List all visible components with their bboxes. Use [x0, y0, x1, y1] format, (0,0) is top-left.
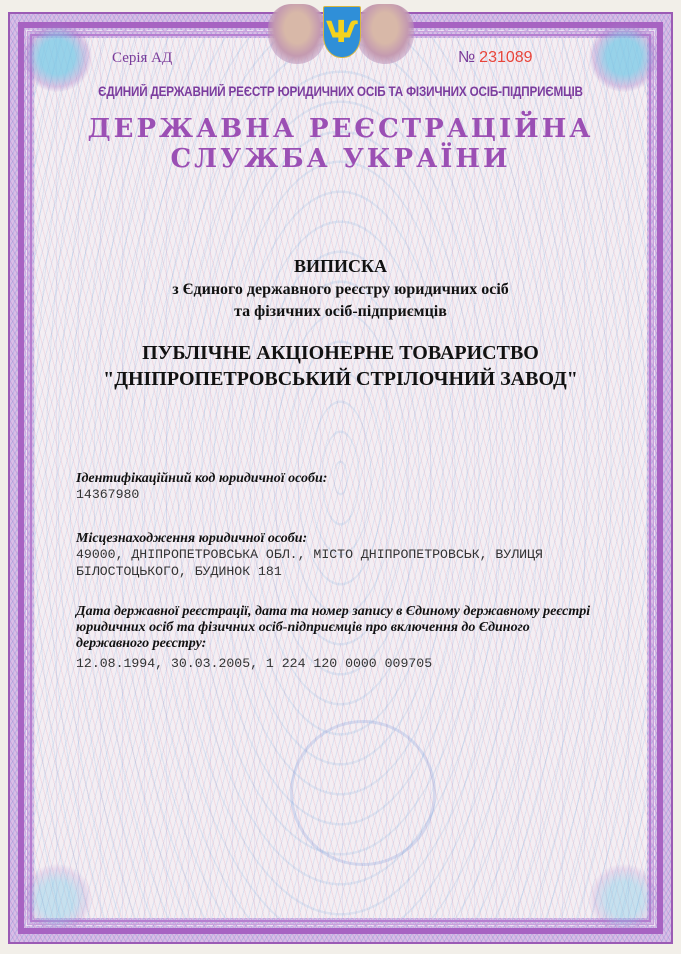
- location-value-line2: БІЛОСТОЦЬКОГО, БУДИНОК 181: [76, 563, 282, 580]
- identification-code-label: Ідентифікаційний код юридичної особи:: [76, 471, 596, 487]
- acanthus-ornament-left-icon: [268, 4, 326, 64]
- watermark-seal: [290, 720, 436, 866]
- trident-shield-icon: Ѱ: [323, 6, 361, 58]
- agency-name-line1: ДЕРЖАВНА РЕЄСТРАЦІЙНА: [0, 114, 681, 144]
- document-subtitle-line1: з Єдиного державного реєстру юридичних о…: [0, 281, 681, 299]
- document-title: ВИПИСКА: [0, 256, 681, 277]
- corner-rosette-icon: [22, 864, 92, 934]
- identification-code-value: 14367980: [76, 486, 139, 503]
- registry-name: ЄДИНИЙ ДЕРЖАВНИЙ РЕЄСТР ЮРИДИЧНИХ ОСІБ Т…: [48, 84, 634, 99]
- corner-rosette-icon: [589, 22, 659, 92]
- coat-of-arms: Ѱ: [268, 0, 414, 74]
- registration-date-value: 12.08.1994, 30.03.2005, 1 224 120 0000 0…: [76, 655, 432, 672]
- agency-name-line2: СЛУЖБА УКРАЇНИ: [0, 144, 681, 174]
- company-name-line2: "ДНІПРОПЕТРОВСЬКИЙ СТРІЛОЧНИЙ ЗАВОД": [0, 368, 681, 391]
- registration-date-label: Дата державної реєстрації, дата та номер…: [76, 604, 596, 652]
- company-name-line1: ПУБЛІЧНЕ АКЦІОНЕРНЕ ТОВАРИСТВО: [0, 342, 681, 365]
- acanthus-ornament-right-icon: [356, 4, 414, 64]
- corner-rosette-icon: [589, 864, 659, 934]
- document-subtitle-line2: та фізичних осіб-підприємців: [0, 303, 681, 321]
- number-sign: №: [458, 49, 475, 66]
- location-value-line1: 49000, ДНІПРОПЕТРОВСЬКА ОБЛ., МІСТО ДНІП…: [76, 546, 543, 563]
- location-label: Місцезнаходження юридичної особи:: [76, 531, 596, 547]
- serial-number: 231089: [479, 49, 532, 66]
- corner-rosette-icon: [22, 22, 92, 92]
- series-label: Серія АД: [112, 50, 172, 67]
- document-number: №231089: [458, 49, 533, 67]
